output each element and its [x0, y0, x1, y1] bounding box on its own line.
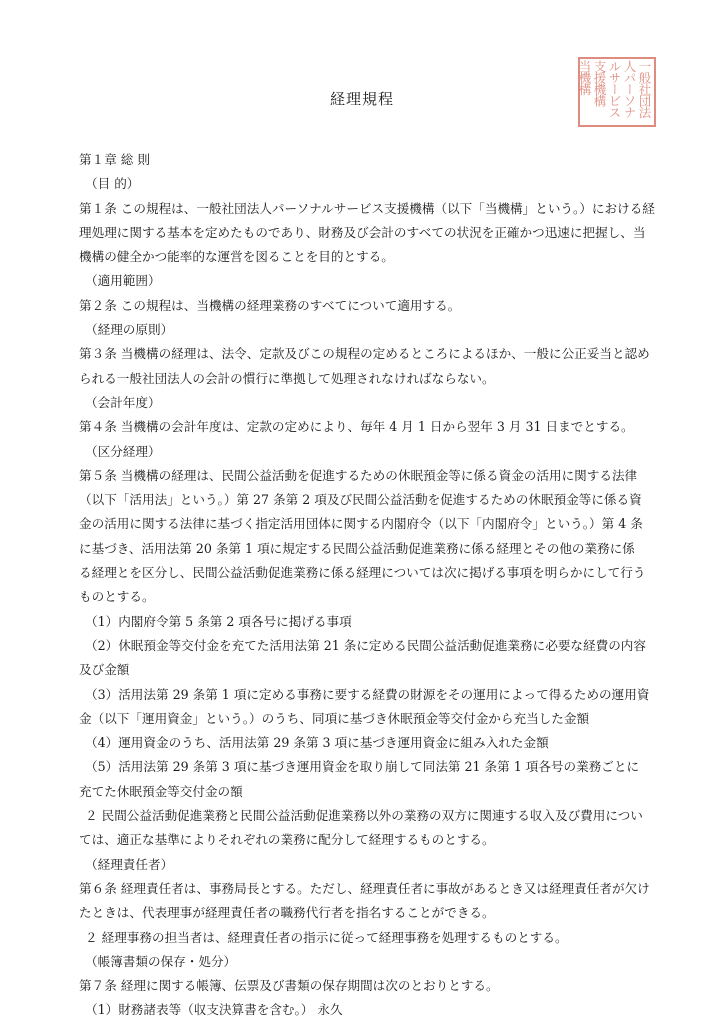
- text-line: 金の活用に関する法律に基づく指定活用団体に関する内閣府令（以下「内閣府令」という…: [79, 512, 651, 536]
- text-line: 充てた休眠預金等交付金の額: [79, 780, 651, 804]
- article-line: 第１条 この規程は、一般社団法人パーソナルサービス支援機構（以下「当機構」という…: [79, 197, 651, 221]
- article-line: 第４条 当機構の会計年度は、定款の定めにより、毎年 4 月 1 日から翌年 3 …: [79, 415, 651, 439]
- paragraph-line: ２ 経理事務の担当者は、経理責任者の指示に従って経理事務を処理するものとする。: [79, 926, 651, 950]
- list-item: （3）活用法第 29 条第 1 項に定める事務に要する経費の財源をその運用によっ…: [79, 683, 651, 707]
- text-line: （以下「活用法」という。）第 27 条第 2 項及び民間公益活動を促進するための…: [79, 488, 651, 512]
- list-item: （2）休眠預金等交付金を充てた活用法第 21 条に定める民間公益活動促進業務に必…: [79, 634, 651, 658]
- text-line: 機構の健全かつ能率的な運営を図ることを目的とする。: [79, 245, 651, 269]
- text-line: ては、適正な基準によりそれぞれの業務に配分して経理するものとする。: [79, 828, 651, 852]
- list-item: （5）活用法第 29 条第 3 項に基づき運用資金を取り崩して同法第 21 条第…: [79, 755, 651, 779]
- section-heading: （帳簿書類の保存・処分）: [79, 950, 651, 974]
- seal-column: 人パーソナ: [622, 60, 637, 124]
- list-item: （1）財務諸表等（収支決算書を含む。） 永久: [79, 998, 651, 1022]
- article-line: 第６条 経理責任者は、事務局長とする。ただし、経理責任者に事故があるとき又は経理…: [79, 877, 651, 901]
- document-page: 経理規程 一般社団法 人パーソナ ルサービス 支援機構 当機構 第１章 総 則 …: [0, 0, 724, 1024]
- section-heading: （経理の原則）: [79, 318, 651, 342]
- paragraph-line: ２ 民間公益活動促進業務と民間公益活動促進業務以外の業務の双方に関連する収入及び…: [79, 804, 651, 828]
- section-heading: （目 的）: [79, 172, 651, 196]
- list-item: （4）運用資金のうち、活用法第 29 条第 3 項に基づき運用資金に組み入れた金…: [79, 731, 651, 755]
- seal-column: ルサービス: [607, 60, 622, 124]
- article-line: 第５条 当機構の経理は、民間公益活動を促進するための休眠預金等に係る資金の活用に…: [79, 464, 651, 488]
- text-line: 金（以下「運用資金」という。）のうち、同項に基づき休眠預金等交付金から充当した金…: [79, 707, 651, 731]
- article-line: 第７条 経理に関する帳簿、伝票及び書類の保存期間は次のとおりとする。: [79, 974, 651, 998]
- organization-seal-icon: 一般社団法 人パーソナ ルサービス 支援機構 当機構: [578, 57, 656, 127]
- section-heading: （適用範囲）: [79, 269, 651, 293]
- section-heading: （区分経理）: [79, 440, 651, 464]
- section-heading: （会計年度）: [79, 391, 651, 415]
- text-line: ものとする。: [79, 585, 651, 609]
- seal-column: 支援機構: [592, 60, 607, 124]
- list-item: （1）内閣府令第 5 条第 2 項各号に掲げる事項: [79, 610, 651, 634]
- article-line: 第２条 この規程は、当機構の経理業務のすべてについて適用する。: [79, 294, 651, 318]
- article-line: 第３条 当機構の経理は、法令、定款及びこの規程の定めるところによるほか、一般に公…: [79, 342, 651, 366]
- text-line: たときは、代表理事が経理責任者の職務代行者を指名することができる。: [79, 901, 651, 925]
- text-line: る経理とを区分し、民間公益活動促進業務に係る経理については次に掲げる事項を明らか…: [79, 561, 651, 585]
- chapter-heading: 第１章 総 則: [79, 148, 651, 172]
- seal-column: 一般社団法: [637, 60, 652, 124]
- document-body: 第１章 総 則 （目 的） 第１条 この規程は、一般社団法人パーソナルサービス支…: [79, 148, 651, 1023]
- text-line: 理処理に関する基本を定めたものであり、財務及び会計のすべての状況を正確かつ迅速に…: [79, 221, 651, 245]
- text-line: 及び金額: [79, 658, 651, 682]
- section-heading: （経理責任者）: [79, 853, 651, 877]
- text-line: られる一般社団法人の会計の慣行に準拠して処理されなければならない。: [79, 367, 651, 391]
- text-line: に基づき、活用法第 20 条第 1 項に規定する民間公益活動促進業務に係る経理と…: [79, 537, 651, 561]
- seal-column: 当機構: [578, 60, 592, 124]
